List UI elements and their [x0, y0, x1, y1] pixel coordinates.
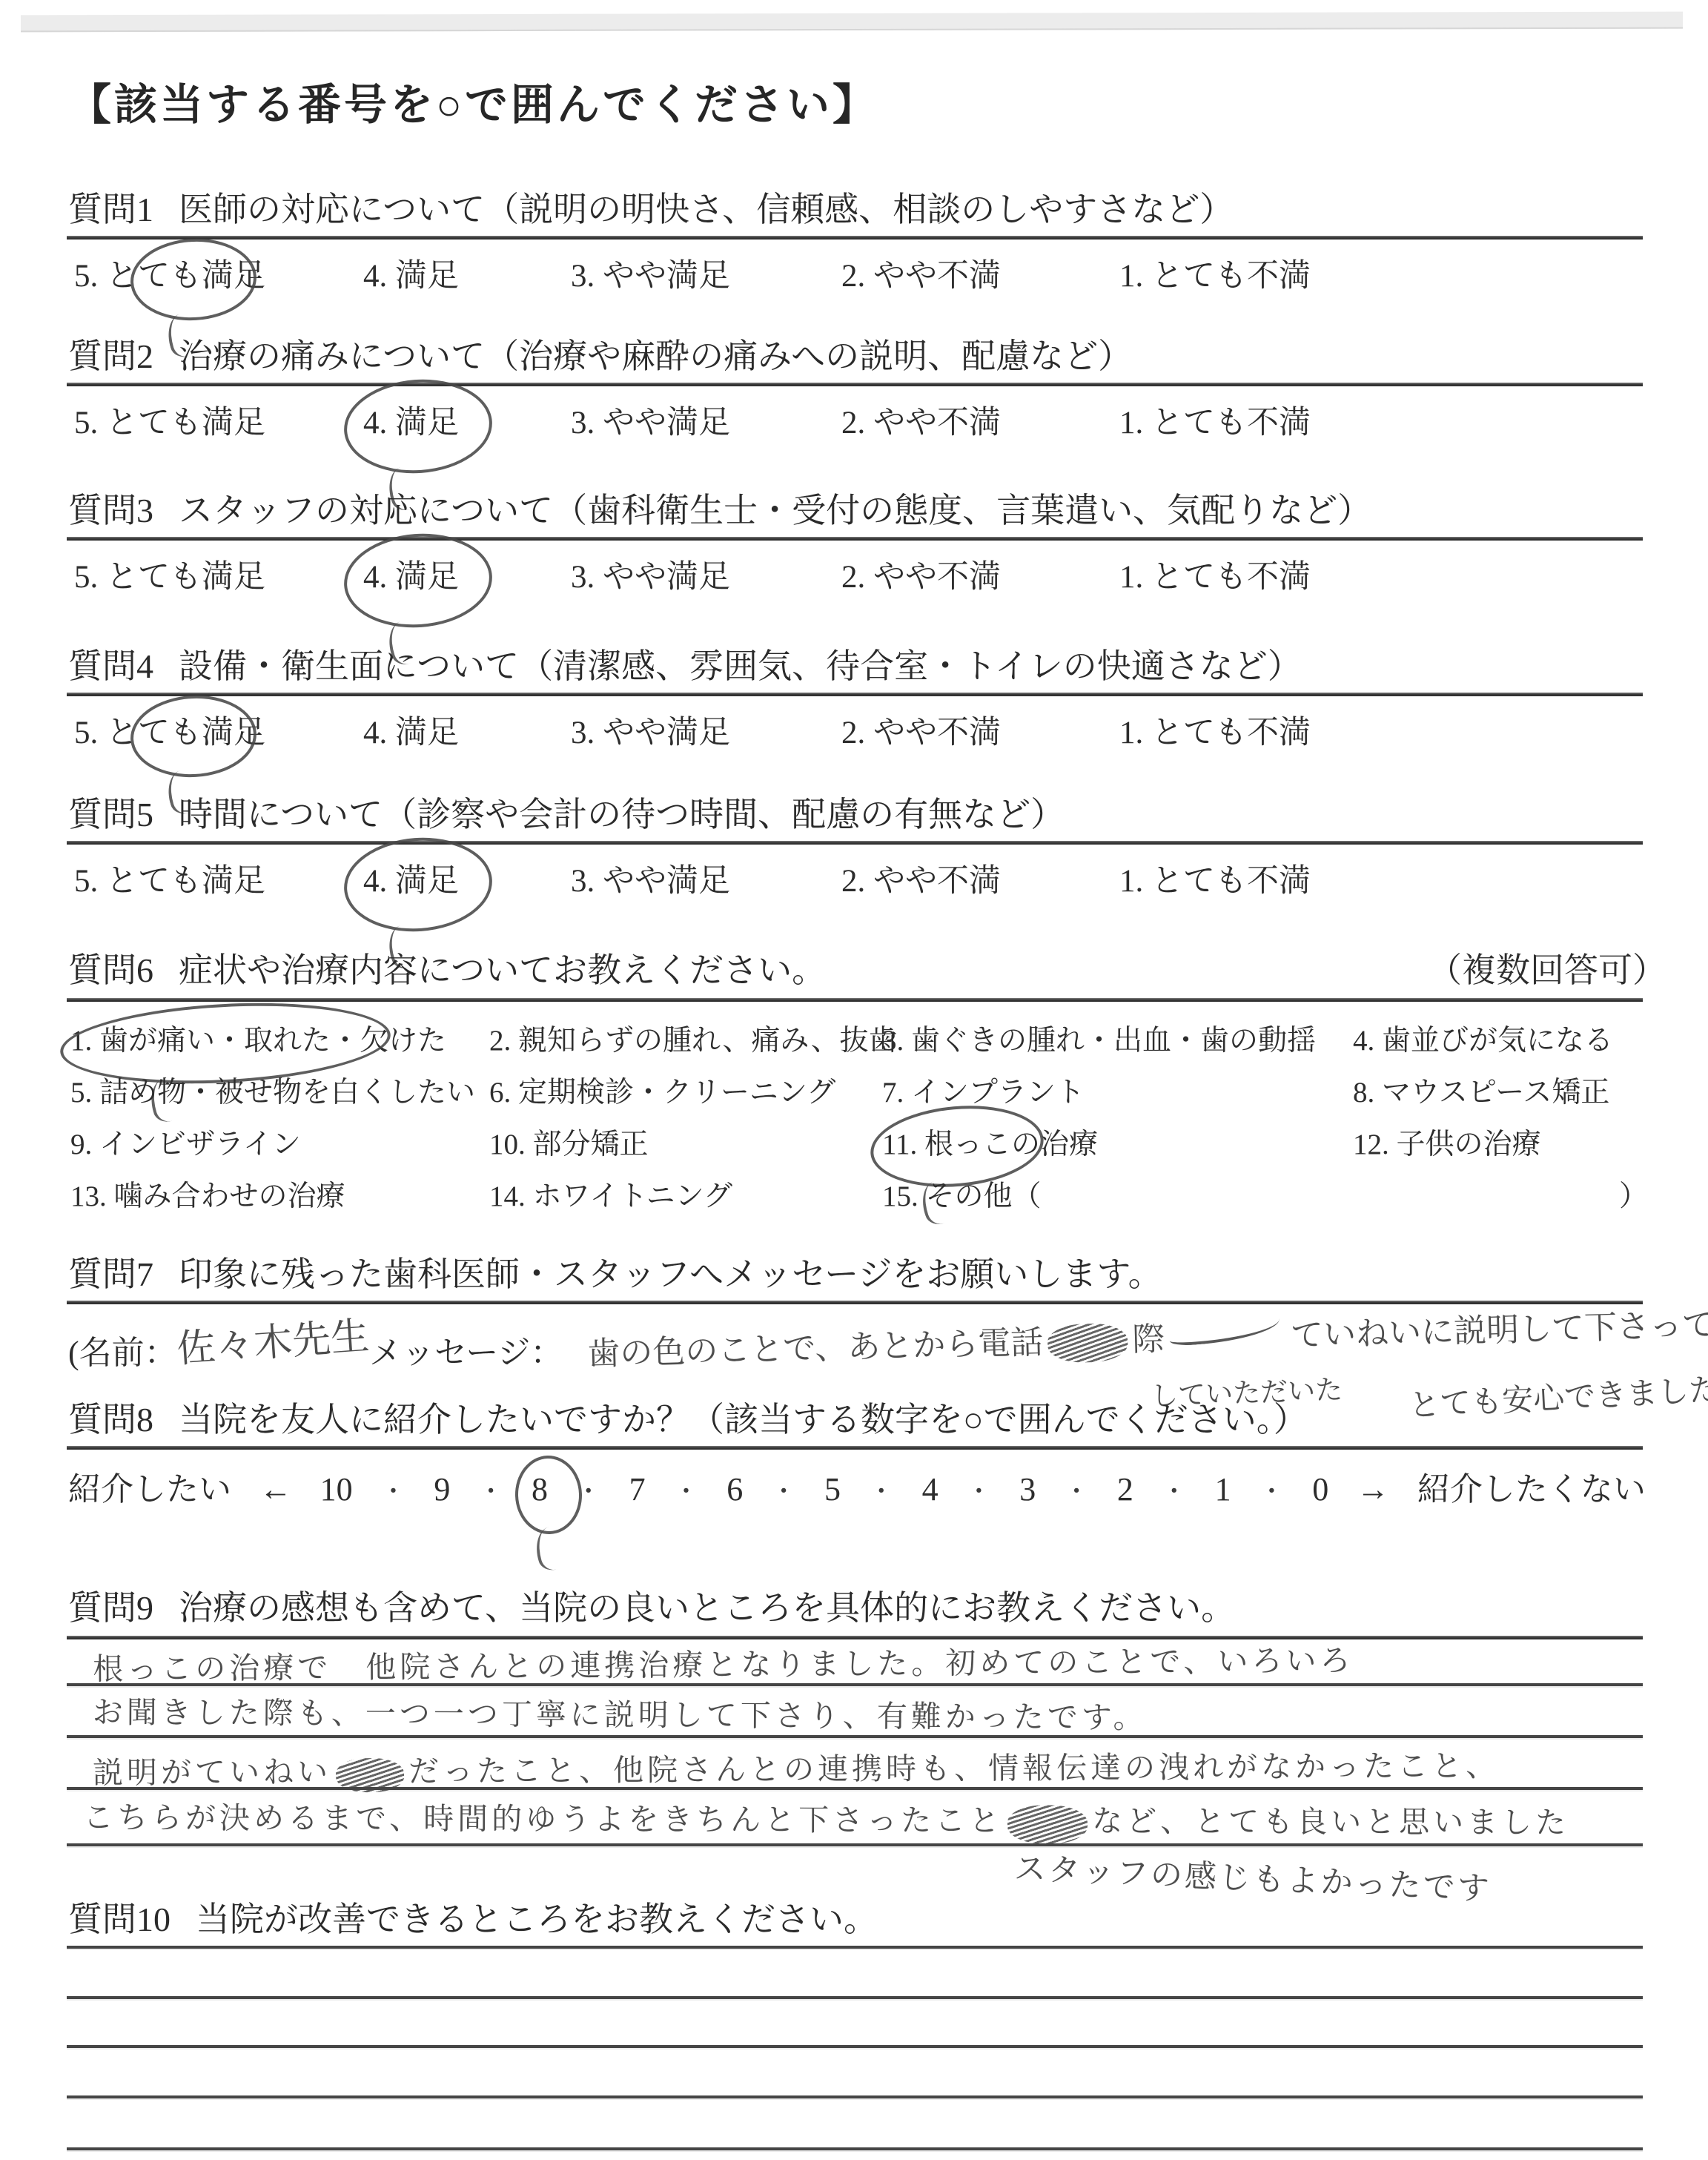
multiple-answers-note: （複数回答可） [1428, 943, 1666, 992]
dot-separator: ・ [869, 1471, 894, 1507]
heading-rule [67, 537, 1643, 541]
question-label: 質問8 [68, 1401, 153, 1439]
answer-rule-line [67, 1946, 1643, 1949]
answer-rule-line [67, 2147, 1643, 2150]
symptom-item: 14. ホワイトニング [489, 1173, 732, 1215]
nps-number: 0 [1312, 1470, 1328, 1508]
heading-rule [67, 236, 1643, 240]
symptom-item: 10. 部分矯正 [489, 1121, 649, 1163]
rating-option: 1. とても不満 [1119, 707, 1311, 753]
question-label: 質問10 [68, 1900, 171, 1938]
question-title: 印象に残った歯科医師・スタッフへメッセージをお願いします。 [179, 1255, 1162, 1293]
nps-number: 6 [726, 1470, 743, 1508]
rating-option: 5. とても満足 [74, 707, 265, 753]
symptom-item: 5. 詰め物・被せ物を白くしたい [70, 1069, 475, 1111]
question-3-options: 5. とても満足 4. 満足 3. やや満足 2. やや不満 1. とても不満 [68, 552, 1646, 604]
rating-option: 3. やや満足 [571, 856, 730, 901]
rating-option: 3. やや満足 [571, 552, 730, 597]
rating-option: 4. 満足 [363, 707, 459, 753]
question-title: 治療の感想も含めて、当院の良いところを具体的にお教えください。 [179, 1589, 1235, 1627]
rating-option: 1. とても不満 [1119, 856, 1311, 901]
pen-swoosh [1168, 1313, 1281, 1347]
rating-option: 4. 満足 [363, 856, 459, 901]
nps-scale-row: 紹介したい ← 10 ・ 9 ・ 8 ・ 7 ・ 6 ・ 5 ・ 4 ・ 3 ・… [68, 1462, 1646, 1510]
question-title: 当院が改善できるところをお教えください。 [196, 1900, 878, 1938]
question-4-options: 5. とても満足 4. 満足 3. やや満足 2. やや不満 1. とても不満 [68, 707, 1646, 759]
symptom-item: 9. インビザライン [70, 1121, 301, 1163]
question-title: 症状や治療内容についてお教えください。 [179, 951, 826, 989]
dot-separator: ・ [380, 1471, 406, 1507]
dot-separator: ・ [771, 1471, 796, 1507]
answer-rule-line [67, 1683, 1643, 1686]
rating-option: 2. やや不満 [841, 856, 1001, 901]
answer-rule-line [67, 1787, 1643, 1790]
symptom-item: 1. 歯が痛い・取れた・欠けた [70, 1017, 446, 1059]
question-label: 質問4 [68, 647, 153, 685]
nps-right-label: 紹介したくない [1417, 1462, 1646, 1510]
question-8-heading: 質問8当院を友人に紹介したいですか？（該当する数字を○で囲んでください。） [68, 1393, 1308, 1441]
pen-circle-mark [514, 1454, 583, 1535]
rating-option: 5. とても満足 [74, 856, 265, 901]
handwritten-doctor-name: 佐々木先生 [175, 1304, 371, 1373]
handwritten-extra-note: スタッフの感じもよかったです [1013, 1843, 1492, 1909]
nps-number: 3 [1019, 1470, 1036, 1508]
question-label: 質問2 [68, 337, 153, 375]
scan-artifact-bar [21, 12, 1683, 33]
heading-rule [67, 1446, 1643, 1450]
nps-number: 7 [629, 1470, 646, 1508]
question-label: 質問7 [68, 1255, 153, 1293]
rating-option: 2. やや不満 [841, 707, 1001, 753]
question-title: 治療の痛みについて（治療や麻酔の痛みへの説明、配慮など） [179, 337, 1132, 375]
question-6-heading: 質問6症状や治療内容についてお教えください。 （複数回答可） [0, 943, 1708, 995]
dot-separator: ・ [478, 1471, 503, 1507]
handwritten-answer-line: 説明がていねいだったこと、他院さんとの連携時も、情報伝達の洩れがなかったこと、 [93, 1740, 1708, 1794]
question-1-heading: 質問1医師の対応について（説明の明快さ、信頼感、相談のしやすさなど） [68, 182, 1234, 231]
message-field-label: メッセージ： [369, 1326, 563, 1373]
nps-number: 9 [434, 1470, 450, 1508]
dot-separator: ・ [1064, 1471, 1089, 1507]
question-title: 時間について（診察や会計の待つ時間、配慮の有無など） [179, 796, 1065, 833]
nps-left-label: 紹介したい [68, 1462, 231, 1510]
name-field-label: (名前： [68, 1326, 177, 1373]
symptom-item: 4. 歯並びが気になる [1353, 1017, 1613, 1059]
page-title: 【該当する番号を○で囲んでください】 [68, 70, 878, 132]
question-1-options: 5. とても満足 4. 満足 3. やや満足 2. やや不満 1. とても不満 [68, 251, 1646, 303]
pen-scribble [1047, 1323, 1128, 1364]
symptom-item: 12. 子供の治療 [1353, 1121, 1541, 1163]
dot-separator: ・ [576, 1471, 601, 1507]
handwritten-answer-line: お聞きした際も、一つ一つ丁寧に説明して下さり、有難かったです。 [93, 1688, 1708, 1697]
rating-option: 4. 満足 [363, 552, 459, 597]
nps-number: 2 [1117, 1470, 1133, 1508]
symptom-row-3: 9. インビザライン 10. 部分矯正 11. 根っこの治療 12. 子供の治療 [68, 1121, 1646, 1170]
question-7-heading: 質問7印象に残った歯科医師・スタッフへメッセージをお願いします。 [68, 1247, 1162, 1296]
question-10-heading: 質問10当院が改善できるところをお教えください。 [68, 1892, 878, 1941]
heading-rule [67, 841, 1643, 845]
dot-separator: ・ [1259, 1471, 1284, 1507]
question-label: 質問1 [68, 191, 153, 228]
dot-separator: ・ [1162, 1471, 1187, 1507]
heading-rule [67, 998, 1643, 1002]
symptom-row-4: 13. 噛み合わせの治療 14. ホワイトニング 15. その他（ ） [68, 1173, 1646, 1222]
symptom-item: 7. インプラント [882, 1069, 1085, 1111]
question-3-heading: 質問3スタッフの対応について（歯科衛生士・受付の態度、言葉遣い、気配りなど） [68, 483, 1371, 532]
question-5-options: 5. とても満足 4. 満足 3. やや満足 2. やや不満 1. とても不満 [68, 856, 1646, 908]
question-title: スタッフの対応について（歯科衛生士・受付の態度、言葉遣い、気配りなど） [179, 492, 1371, 529]
rating-option: 2. やや不満 [841, 397, 1001, 443]
rating-option: 4. 満足 [363, 397, 459, 443]
heading-rule [67, 1301, 1643, 1304]
dot-separator: ・ [966, 1471, 991, 1507]
rating-option: 5. とても満足 [74, 552, 265, 597]
symptom-item: 6. 定期検診・クリーニング [489, 1069, 835, 1111]
symptom-item: 11. 根っこの治療 [882, 1121, 1098, 1163]
symptom-row-2: 5. 詰め物・被せ物を白くしたい 6. 定期検診・クリーニング 7. インプラン… [68, 1069, 1646, 1118]
symptom-item: 15. その他（ [882, 1173, 1042, 1215]
answer-rule-line [67, 2045, 1643, 2048]
rating-option: 5. とても満足 [74, 251, 265, 296]
question-title: 当院を友人に紹介したいですか？（該当する数字を○で囲んでください。） [179, 1401, 1308, 1439]
symptom-row-1: 1. 歯が痛い・取れた・欠けた 2. 親知らずの腫れ、痛み、抜歯 3. 歯ぐきの… [68, 1017, 1646, 1066]
heading-rule [67, 693, 1643, 696]
nps-number: 5 [824, 1470, 841, 1508]
question-5-heading: 質問5時間について（診察や会計の待つ時間、配慮の有無など） [68, 787, 1065, 836]
nps-number: 1 [1215, 1470, 1231, 1508]
question-9-heading: 質問9治療の感想も含めて、当院の良いところを具体的にお教えください。 [68, 1581, 1235, 1630]
answer-rule-line [67, 1735, 1643, 1738]
rating-option: 1. とても不満 [1119, 397, 1311, 443]
question-label: 質問9 [68, 1589, 153, 1627]
nps-number: 10 [320, 1470, 353, 1508]
answer-rule-line [67, 1996, 1643, 1999]
arrow-right-icon: → [1357, 1470, 1389, 1508]
rating-option: 3. やや満足 [571, 251, 730, 296]
symptom-item: 13. 噛み合わせの治療 [70, 1173, 345, 1215]
arrow-left-icon: ← [259, 1470, 292, 1508]
nps-number: 4 [922, 1470, 939, 1508]
rating-option: 2. やや不満 [841, 251, 1001, 296]
question-label: 質問3 [68, 492, 153, 529]
rating-option: 3. やや満足 [571, 397, 730, 443]
question-2-heading: 質問2治療の痛みについて（治療や麻酔の痛みへの説明、配慮など） [68, 329, 1132, 378]
rating-option: 5. とても満足 [74, 397, 265, 443]
rating-option: 3. やや満足 [571, 707, 730, 753]
handwritten-message-end: とても安心できました [1408, 1365, 1708, 1426]
rating-option: 1. とても不満 [1119, 251, 1311, 296]
scanned-survey-page: 【該当する番号を○で囲んでください】 質問1医師の対応について（説明の明快さ、信… [0, 0, 1708, 2160]
symptom-item: 8. マウスピース矯正 [1353, 1069, 1609, 1111]
rating-option: 2. やや不満 [841, 552, 1001, 597]
heading-rule [67, 383, 1643, 386]
handwritten-message-line: 歯の色のことで、あとから電話際ていねいに説明して下さって [586, 1298, 1708, 1375]
rating-option: 4. 満足 [363, 251, 459, 296]
question-2-options: 5. とても満足 4. 満足 3. やや満足 2. やや不満 1. とても不満 [68, 397, 1646, 449]
dot-separator: ・ [673, 1471, 698, 1507]
symptom-item: 3. 歯ぐきの腫れ・出血・歯の動揺 [882, 1017, 1316, 1059]
other-close-paren: ） [1619, 1173, 1648, 1215]
answer-rule-line [67, 2095, 1643, 2098]
pen-scribble [1007, 1805, 1088, 1843]
question-label: 質問5 [68, 796, 153, 833]
handwritten-answer-line: こちらが決めるまで、時間的ゆうよをきちんと下さったことなど、とても良いと思いまし… [83, 1793, 1708, 1846]
question-label: 質問6 [68, 951, 153, 989]
question-title: 医師の対応について（説明の明快さ、信頼感、相談のしやすさなど） [179, 191, 1234, 228]
rating-option: 1. とても不満 [1119, 552, 1311, 597]
answer-rule-line [67, 1843, 1643, 1846]
question-title: 設備・衛生面について（清潔感、雰囲気、待合室・トイレの快適さなど） [179, 647, 1302, 685]
nps-number: 8 [532, 1470, 548, 1508]
question-4-heading: 質問4設備・衛生面について（清潔感、雰囲気、待合室・トイレの快適さなど） [68, 639, 1302, 688]
symptom-item: 2. 親知らずの腫れ、痛み、抜歯 [489, 1017, 898, 1059]
